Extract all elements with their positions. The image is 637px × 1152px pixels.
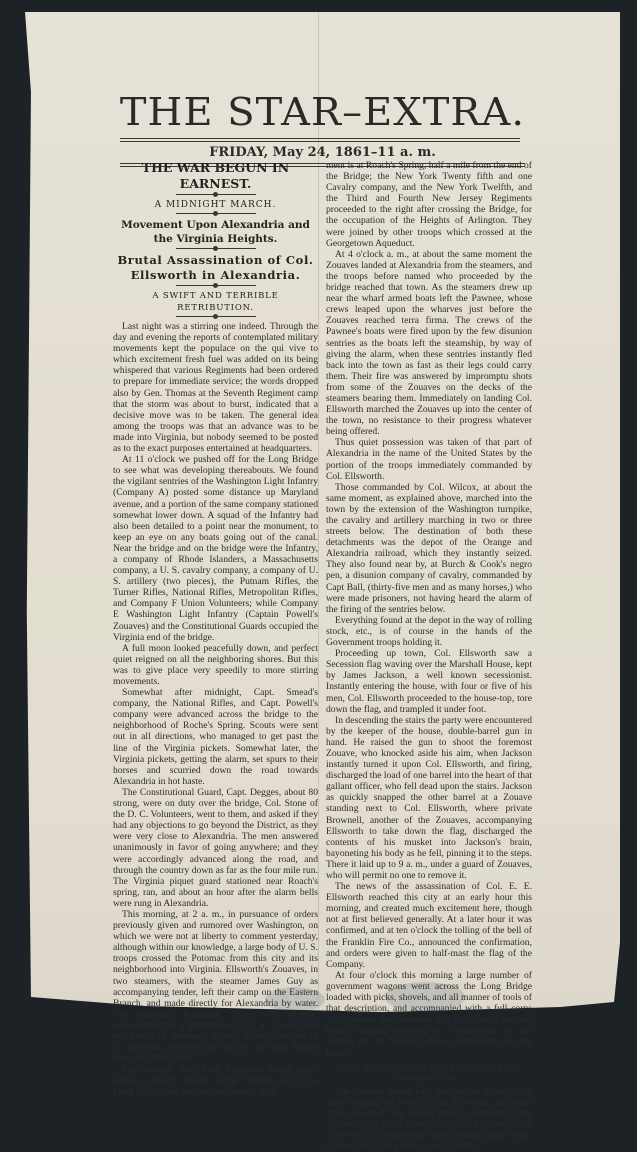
paragraph: At 11 o'clock we pushed off for the Long… (113, 454, 318, 643)
paragraph: At 4 o'clock a. m., at about the same mo… (326, 249, 532, 438)
headline-sub3: Brutal Assassination of Col. Ellsworth i… (113, 253, 318, 283)
left-column: THE WAR BEGUN IN EARNEST. A MIDNIGHT MAR… (113, 160, 318, 1023)
headline-main: THE WAR BEGUN IN EARNEST. (113, 160, 318, 192)
fold-crease (318, 12, 319, 1012)
ornamental-dash (176, 285, 256, 286)
paragraph: A full moon looked peacefully down, and … (113, 643, 318, 687)
paragraph: Everything found at the depot in the way… (326, 615, 532, 648)
masthead-rule (120, 138, 520, 139)
dateline: FRIDAY, May 24, 1861–11 a. m. (25, 145, 620, 160)
paragraph: The news of the assassination of Col. E.… (326, 881, 532, 970)
paragraph: In descending the stairs the party were … (326, 715, 532, 881)
paragraph: At four o'clock this morning a large num… (326, 970, 532, 1023)
paragraph: The Constitutional Guard, Capt. Degges, … (113, 787, 318, 909)
paragraph: ment is at Roach's Spring, half a mile f… (326, 160, 532, 249)
masthead-rule (120, 141, 520, 142)
masthead-title: THE STAR–EXTRA. (10, 90, 635, 134)
paragraph: Those commanded by Col. Wilcox, at about… (326, 482, 532, 615)
paragraph: This morning, at 2 a. m., in pursuance o… (113, 909, 318, 1023)
right-column: ment is at Roach's Spring, half a mile f… (326, 160, 532, 1023)
ornamental-dash (176, 194, 256, 195)
paragraph: Proceeding up town, Col. Ellsworth saw a… (326, 648, 532, 715)
headline-sub1: A MIDNIGHT MARCH. (113, 199, 318, 211)
paragraph: Last night was a stirring one indeed. Th… (113, 321, 318, 454)
paragraph: Somewhat after midnight, Capt. Smead's c… (113, 687, 318, 787)
ornamental-dash (176, 213, 256, 214)
headline-sub4: A SWIFT AND TERRIBLE RETRIBUTION. (113, 290, 318, 314)
headline-sub2: Movement Upon Alexandria and the Virgini… (113, 218, 318, 246)
ornamental-dash (176, 248, 256, 249)
ornamental-dash (176, 316, 256, 317)
paragraph: Thus quiet possession was taken of that … (326, 437, 532, 481)
